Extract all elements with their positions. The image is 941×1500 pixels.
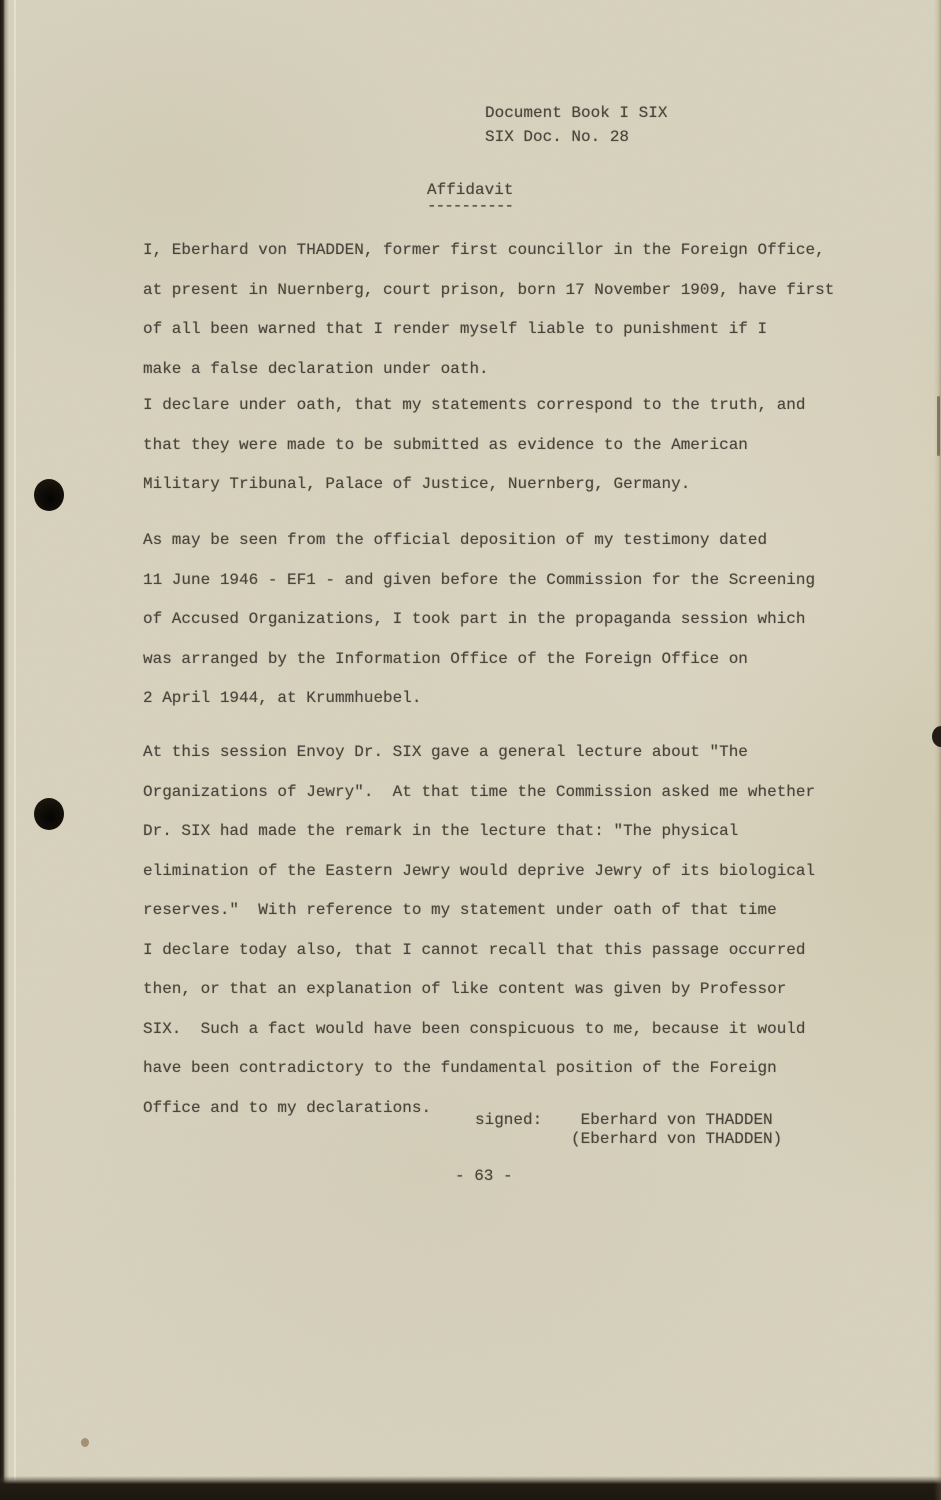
- document-header: Document Book I SIX SIX Doc. No. 28: [485, 101, 667, 149]
- body-paragraph-2: I declare under oath, that my statements…: [143, 386, 806, 505]
- page-right-edge: [934, 0, 941, 1500]
- paper-stain: [81, 1438, 89, 1447]
- page-bottom-edge: [0, 1476, 941, 1500]
- body-paragraph-1: I, Eberhard von THADDEN, former first co…: [143, 231, 834, 389]
- page-left-edge: [0, 0, 9, 1500]
- hole-punch-bottom: [34, 798, 64, 830]
- paper-crease-line: [14, 0, 16, 1500]
- signature-block: signed: Eberhard von THADDEN (Eberhard v…: [475, 1111, 782, 1149]
- title-underline: ----------: [427, 196, 513, 216]
- page-number: - 63 -: [455, 1166, 513, 1186]
- body-paragraph-4: At this session Envoy Dr. SIX gave a gen…: [143, 733, 815, 1128]
- right-margin-mark: [937, 396, 940, 456]
- document-page: Document Book I SIX SIX Doc. No. 28 Affi…: [0, 0, 941, 1500]
- hole-punch-top: [34, 479, 64, 511]
- body-paragraph-3: As may be seen from the official deposit…: [143, 521, 815, 719]
